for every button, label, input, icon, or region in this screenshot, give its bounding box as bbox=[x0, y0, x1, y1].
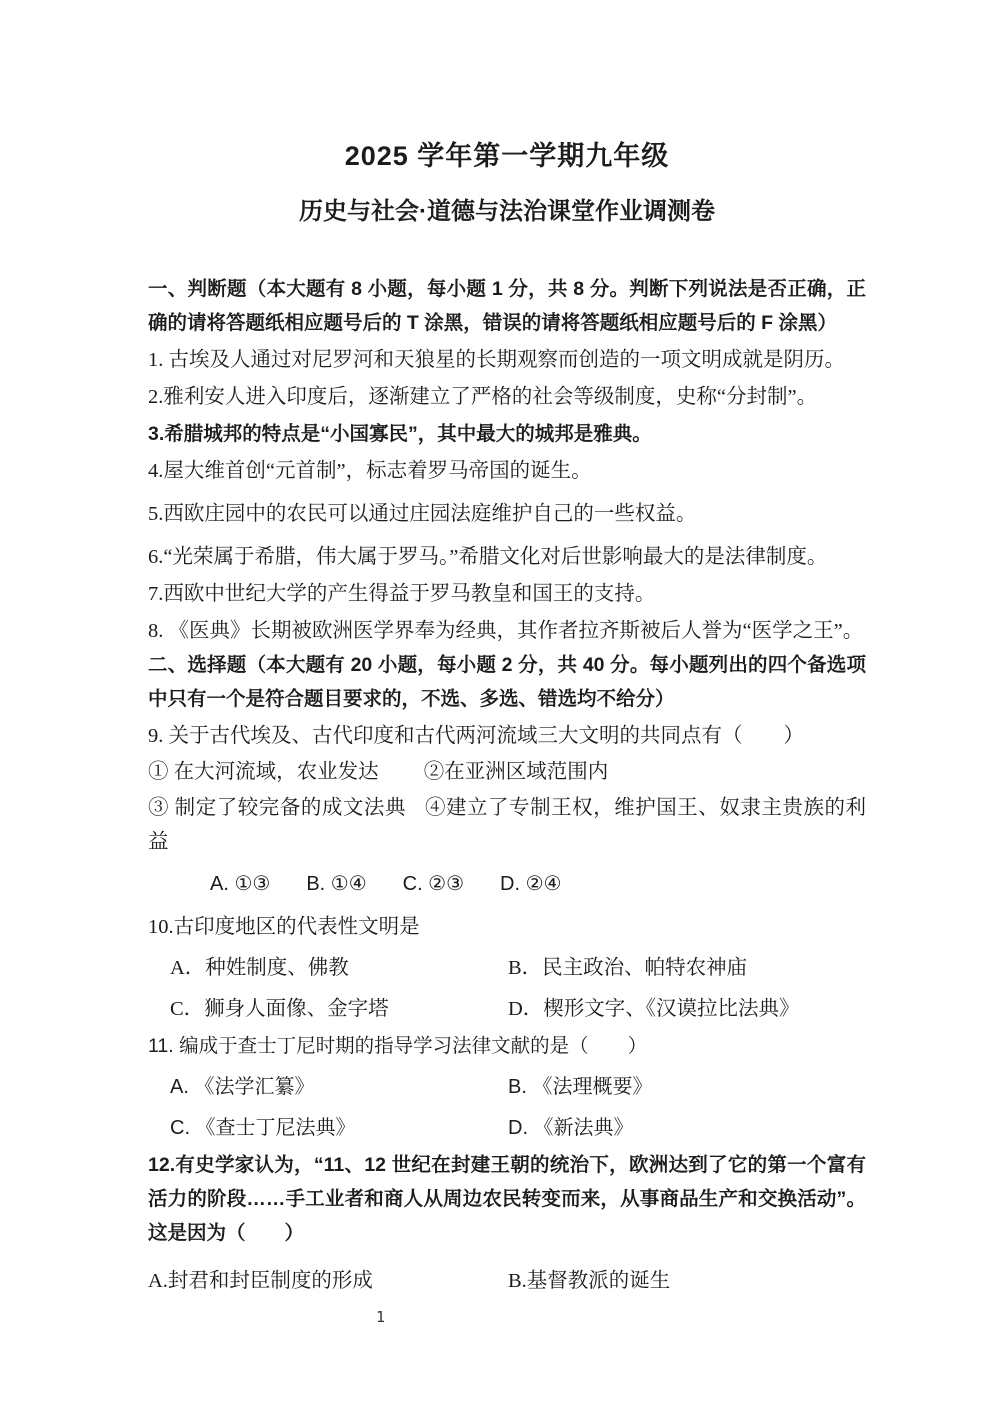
page-number: 1 bbox=[376, 1308, 385, 1326]
q11-choice-c: C. 《查士丁尼法典》 bbox=[170, 1111, 508, 1145]
page-content: 2025 学年第一学期九年级 历史与社会·道德与法治课堂作业调测卷 一、判断题（… bbox=[148, 136, 866, 1298]
q12-choice-b: B.基督教派的诞生 bbox=[508, 1264, 670, 1298]
mc-question-10-choices-row-2: C．狮身人面像、金字塔 D．楔形文字、《汉谟拉比法典》 bbox=[148, 992, 866, 1026]
mc-question-11-choices-row-1: A. 《法学汇纂》 B. 《法理概要》 bbox=[148, 1070, 866, 1104]
q11-choice-a: A. 《法学汇纂》 bbox=[170, 1070, 508, 1104]
mc-question-9-items-row-2: ③ 制定了较完备的成文法典④建立了专制王权，维护国王、奴隶主贵族的利益 bbox=[148, 791, 866, 859]
exam-paper-page: 2025 学年第一学期九年级 历史与社会·道德与法治课堂作业调测卷 一、判断题（… bbox=[0, 0, 1000, 1414]
mc-question-10-stem: 10.古印度地区的代表性文明是 bbox=[148, 910, 866, 944]
q9-item-2: ②在亚洲区域范围内 bbox=[424, 761, 609, 783]
q10-choice-b: B．民主政治、帕特农神庙 bbox=[508, 951, 747, 985]
q10-choice-a: A．种姓制度、佛教 bbox=[170, 951, 508, 985]
tf-question-7: 7.西欧中世纪大学的产生得益于罗马教皇和国王的支持。 bbox=[148, 577, 866, 611]
q10-choice-c: C．狮身人面像、金字塔 bbox=[170, 992, 508, 1026]
tf-question-8: 8. 《医典》长期被欧洲医学界奉为经典，其作者拉齐斯被后人誉为“医学之王”。 bbox=[148, 614, 866, 648]
section-two-header: 二、选择题（本大题有 20 小题，每小题 2 分，共 40 分。每小题列出的四个… bbox=[148, 648, 866, 716]
q9-choice-a: A. ①③ bbox=[210, 867, 270, 901]
q9-choice-c: C. ②③ bbox=[403, 867, 464, 901]
tf-question-4: 4.屋大维首创“元首制”，标志着罗马帝国的诞生。 bbox=[148, 454, 866, 488]
mc-question-9-choices: A. ①③ B. ①④ C. ②③ D. ②④ bbox=[148, 867, 866, 901]
mc-question-12-stem: 12.有史学家认为，“11、12 世纪在封建王朝的统治下，欧洲达到了它的第一个富… bbox=[148, 1148, 866, 1250]
q9-item-3: ③ 制定了较完备的成文法典 bbox=[148, 797, 406, 819]
q11-choice-d: D. 《新法典》 bbox=[508, 1111, 634, 1145]
tf-question-6: 6.“光荣属于希腊，伟大属于罗马。”希腊文化对后世影响最大的是法律制度。 bbox=[148, 540, 866, 574]
mc-question-9-items-row-1: ① 在大河流域，农业发达②在亚洲区域范围内 bbox=[148, 755, 866, 789]
tf-question-3: 3.希腊城邦的特点是“小国寡民”，其中最大的城邦是雅典。 bbox=[148, 417, 866, 451]
tf-question-2: 2.雅利安人进入印度后，逐渐建立了严格的社会等级制度，史称“分封制”。 bbox=[148, 380, 866, 414]
mc-question-12-choices-row-1: A.封君和封臣制度的形成 B.基督教派的诞生 bbox=[148, 1264, 866, 1298]
mc-question-9-stem: 9. 关于古代埃及、古代印度和古代两河流域三大文明的共同点有（ ） bbox=[148, 719, 866, 753]
q9-choice-d: D. ②④ bbox=[500, 867, 561, 901]
q10-choice-d: D．楔形文字、《汉谟拉比法典》 bbox=[508, 992, 800, 1026]
mc-question-10-choices-row-1: A．种姓制度、佛教 B．民主政治、帕特农神庙 bbox=[148, 951, 866, 985]
q9-choice-b: B. ①④ bbox=[306, 867, 366, 901]
mc-question-11-stem: 11. 编成于查士丁尼时期的指导学习法律文献的是（ ） bbox=[148, 1029, 866, 1063]
q12-choice-a: A.封君和封臣制度的形成 bbox=[148, 1264, 508, 1298]
tf-question-5: 5.西欧庄园中的农民可以通过庄园法庭维护自己的一些权益。 bbox=[148, 497, 866, 531]
mc-question-11-choices-row-2: C. 《查士丁尼法典》 D. 《新法典》 bbox=[148, 1111, 866, 1145]
section-one-header: 一、判断题（本大题有 8 小题，每小题 1 分，共 8 分。判断下列说法是否正确… bbox=[148, 272, 866, 340]
page-title: 2025 学年第一学期九年级 bbox=[148, 136, 866, 176]
tf-question-1: 1. 古埃及人通过对尼罗河和天狼星的长期观察而创造的一项文明成就是阴历。 bbox=[148, 343, 866, 377]
q9-item-1: ① 在大河流域，农业发达 bbox=[148, 761, 379, 783]
q11-choice-b: B. 《法理概要》 bbox=[508, 1070, 652, 1104]
page-subtitle: 历史与社会·道德与法治课堂作业调测卷 bbox=[148, 196, 866, 228]
